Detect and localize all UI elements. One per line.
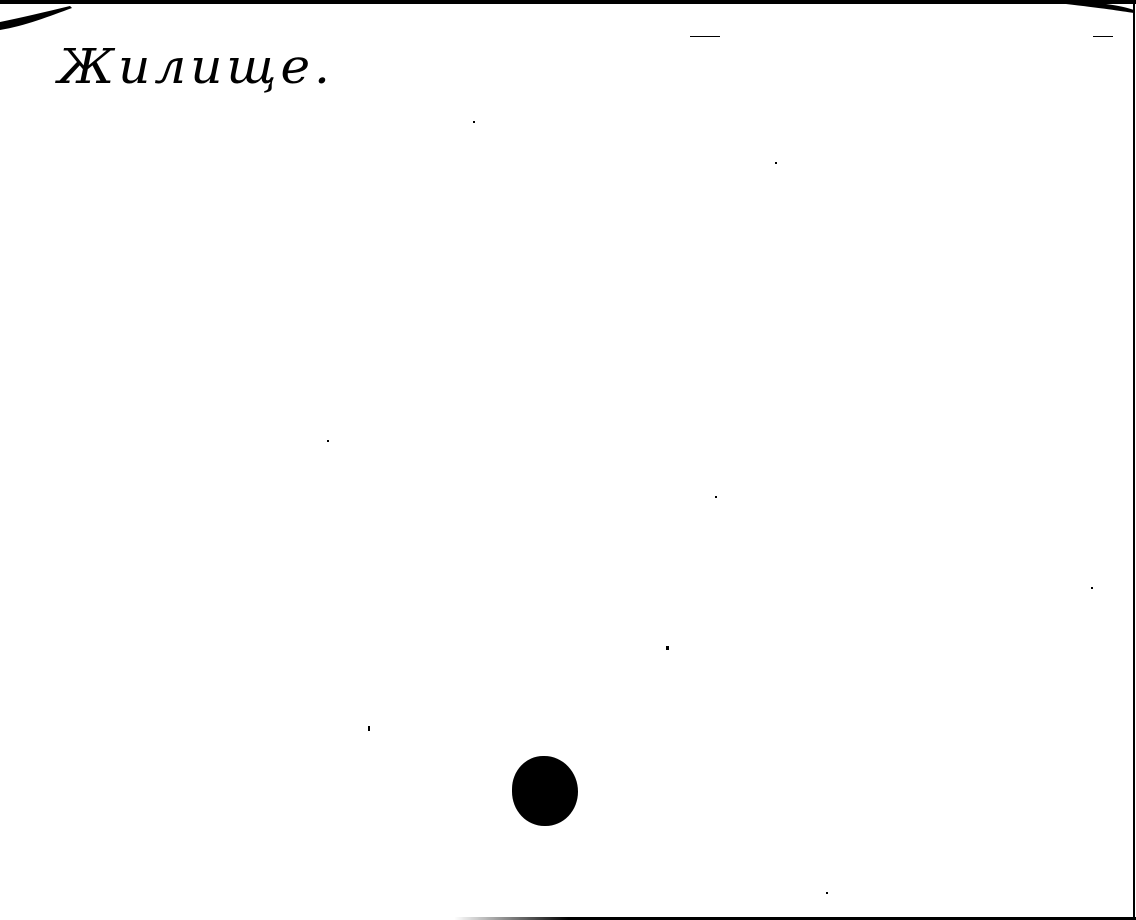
index-card: Жилище. <box>0 0 1136 920</box>
speck <box>327 440 329 442</box>
speck <box>473 121 475 123</box>
top-right-corner-curl <box>1066 0 1136 20</box>
punch-hole <box>512 756 578 826</box>
speck <box>1093 36 1113 37</box>
speck <box>666 646 669 650</box>
top-left-corner-curl <box>0 0 80 32</box>
speck <box>690 36 720 37</box>
card-right-edge <box>1133 0 1135 920</box>
speck <box>368 726 370 731</box>
speck <box>715 496 717 498</box>
speck <box>775 162 777 164</box>
speck <box>1091 587 1093 589</box>
handwritten-heading: Жилище. <box>58 43 334 91</box>
speck <box>826 892 828 894</box>
card-top-edge <box>0 0 1136 4</box>
